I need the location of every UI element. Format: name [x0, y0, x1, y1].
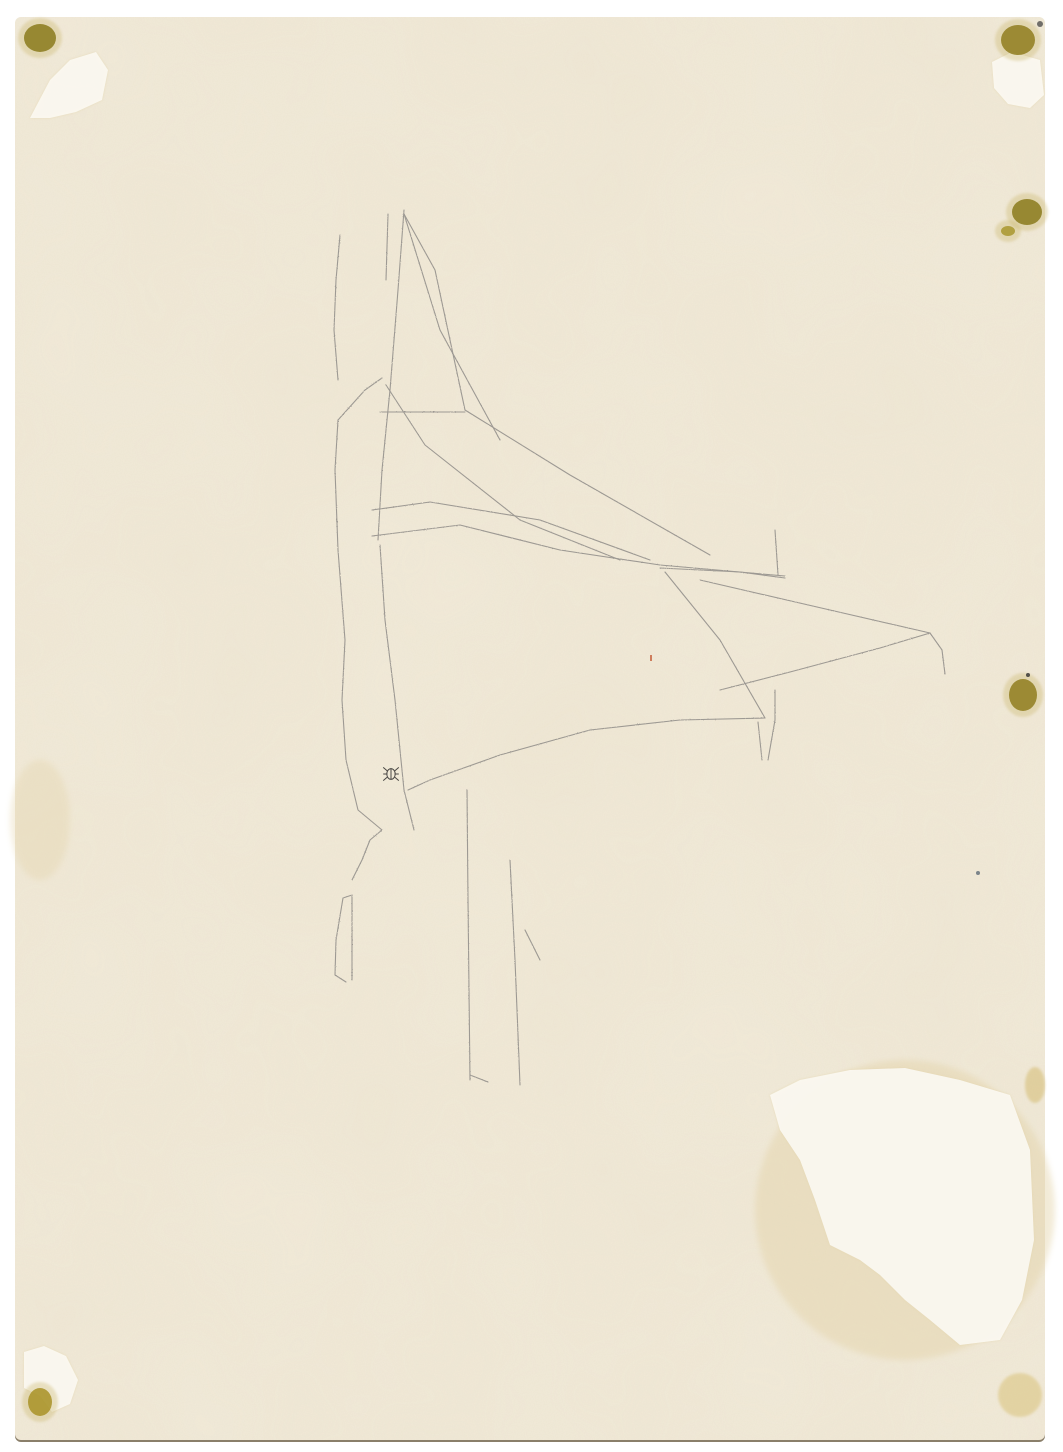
right-edge-stain-lower: [1025, 1067, 1045, 1103]
top-left-glue-stain: [24, 24, 56, 52]
right-glue-stain-upper: [1012, 199, 1042, 225]
blue-speck: [976, 871, 980, 875]
bottom-right-corner-stain: [998, 1373, 1042, 1417]
right-glue-stain-upper-small: [1001, 226, 1015, 236]
right-glue-stain-middle: [1009, 679, 1037, 711]
top-right-glue-stain: [1001, 25, 1035, 55]
insect-mark-icon: [383, 767, 399, 780]
dark-speck-right: [1026, 673, 1030, 677]
left-edge-discoloration: [10, 760, 70, 880]
scanned-card-scene: [0, 0, 1063, 1452]
bottom-left-glue-stain: [28, 1388, 52, 1416]
dark-speck-top-right: [1037, 21, 1043, 27]
